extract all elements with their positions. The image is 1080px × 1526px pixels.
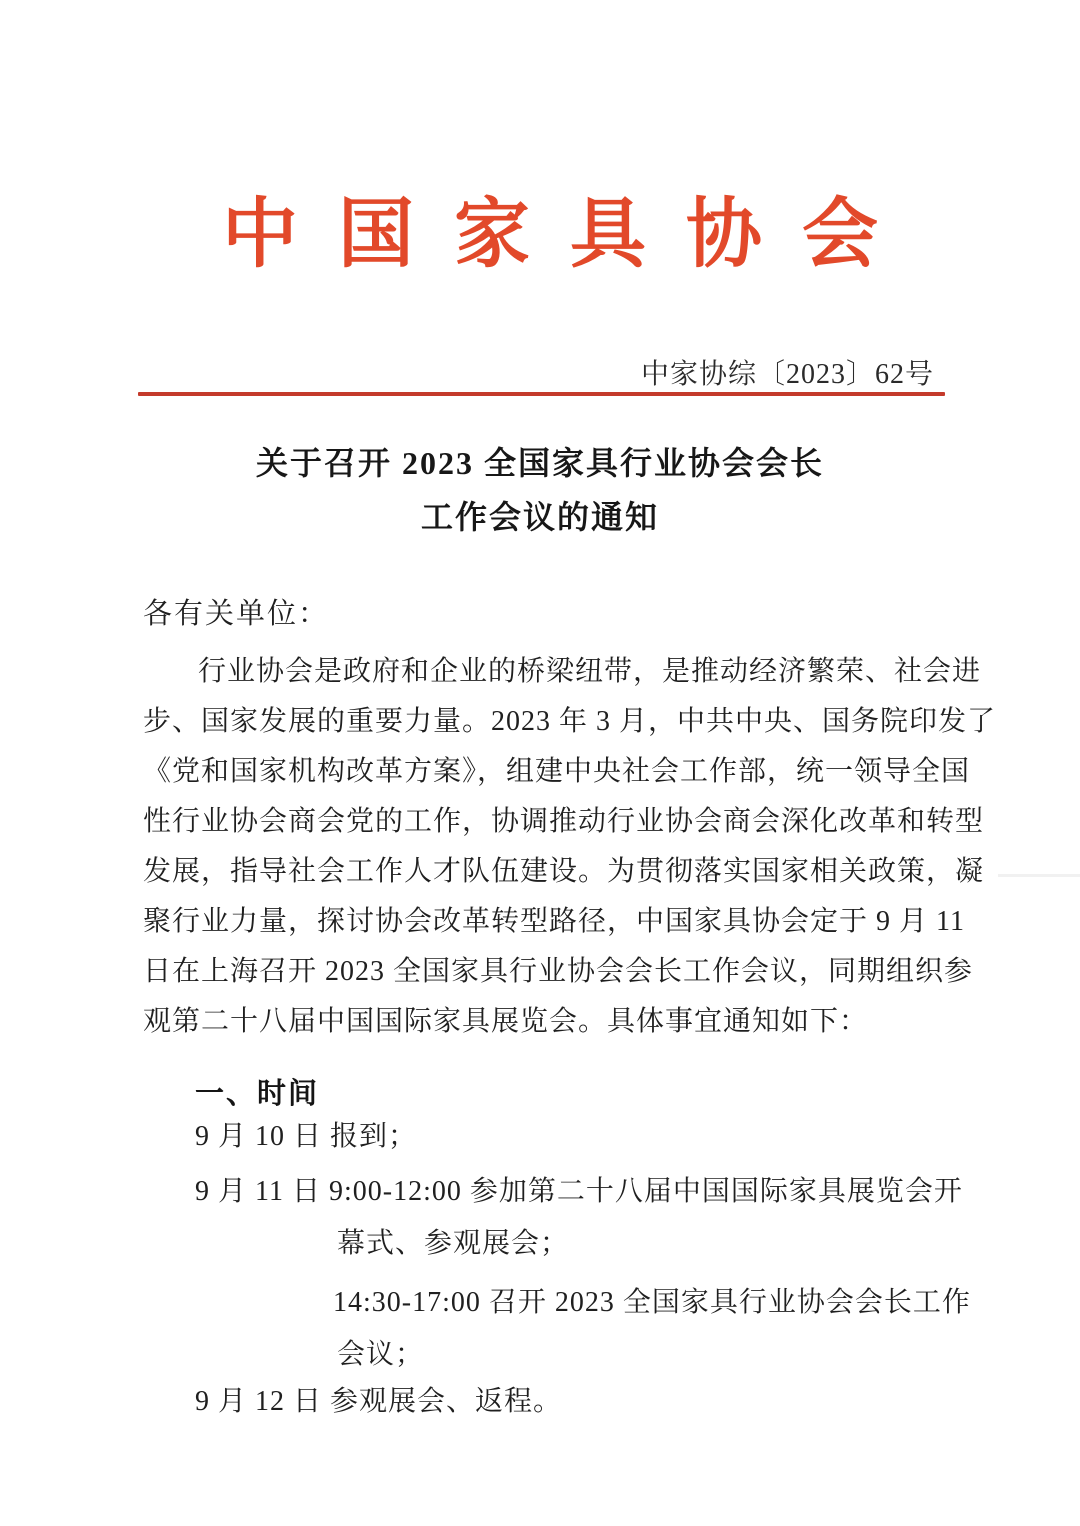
schedule-line: 9 月 11 日 9:00-12:00 参加第二十八届中国国际家具展览会开 [195,1170,963,1214]
schedule-line: 会议； [337,1333,424,1377]
body-line: 性行业协会商会党的工作，协调推动行业协会商会深化改革和转型 [143,797,950,847]
notice-title-line-1: 关于召开 2023 全国家具行业协会会长 [0,436,1080,490]
letterhead-title: 中国家具协会 [222,192,918,279]
schedule-line: 9 月 12 日 参观展会、返程。 [195,1380,562,1424]
salutation: 各有关单位： [143,592,329,636]
body-line: 行业协会是政府和企业的桥梁纽带，是推动经济繁荣、社会进 [143,647,950,697]
body-line: 《党和国家机构改革方案》，组建中央社会工作部，统一领导全国 [143,747,950,797]
notice-title-line-2: 工作会议的通知 [0,490,1080,544]
schedule-line: 9 月 10 日 报到； [195,1115,417,1159]
section-heading-time: 一、时间 [195,1072,319,1116]
body-line: 日在上海召开 2023 全国家具行业协会会长工作会议，同期组织参 [143,947,950,997]
body-paragraph: 行业协会是政府和企业的桥梁纽带，是推动经济繁荣、社会进 步、国家发展的重要力量。… [143,647,950,1047]
red-divider-rule [138,392,945,396]
document-number: 中家协综〔2023〕62号 [641,358,934,392]
body-line: 观第二十八届中国国际家具展览会。具体事宜通知如下： [143,997,950,1047]
schedule-line: 幕式、参观展会； [337,1222,569,1266]
scanned-notice-page: 中国家具协会 中家协综〔2023〕62号 关于召开 2023 全国家具行业协会会… [0,0,1080,1526]
body-line: 步、国家发展的重要力量。2023 年 3 月，中共中央、国务院印发了 [143,697,950,747]
body-line: 发展，指导社会工作人才队伍建设。为贯彻落实国家相关政策，凝 [143,847,950,897]
notice-title: 关于召开 2023 全国家具行业协会会长 工作会议的通知 [0,436,1080,544]
body-line: 聚行业力量，探讨协会改革转型路径，中国家具协会定于 9 月 11 [143,897,950,947]
schedule-line: 14:30-17:00 召开 2023 全国家具行业协会会长工作 [333,1281,971,1325]
scan-artifact-line [998,874,1080,877]
